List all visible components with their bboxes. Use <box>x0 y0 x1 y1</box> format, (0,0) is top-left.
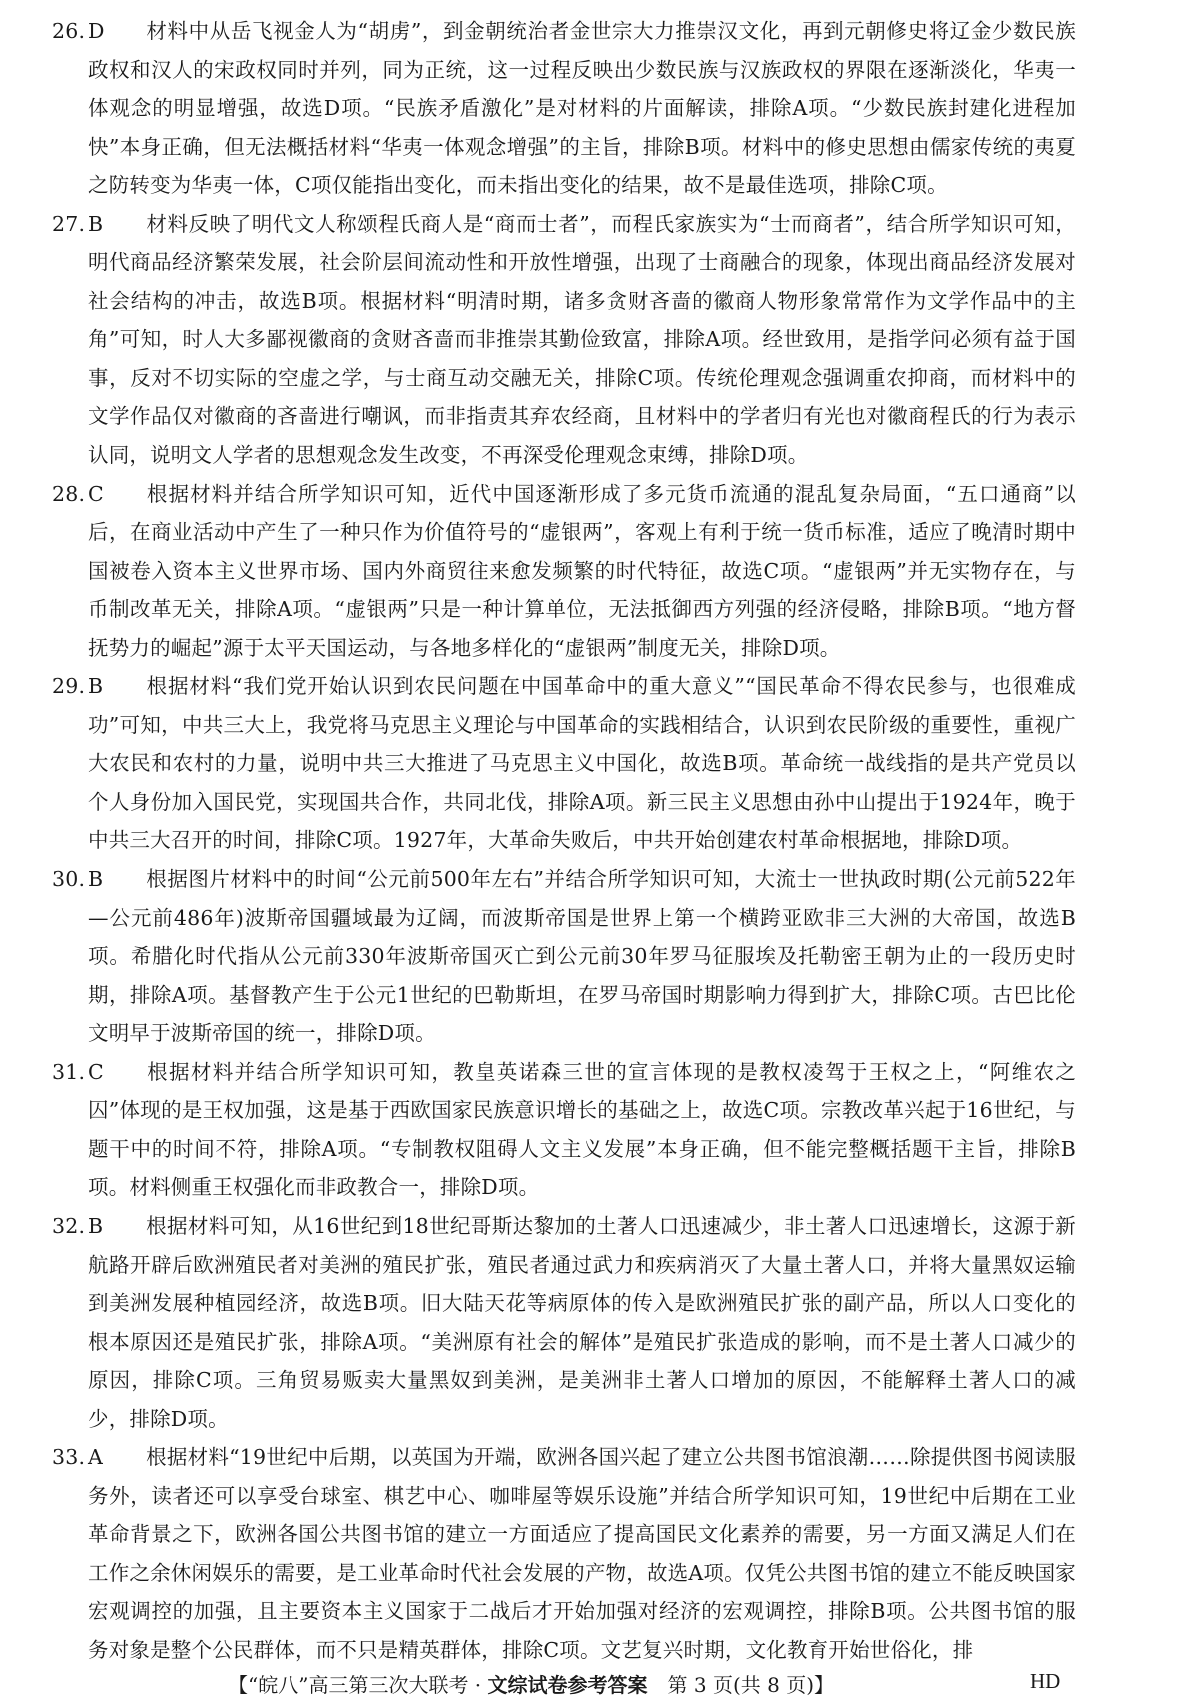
answer-explanation: 材料反映了明代文人称颂程氏商人是“商而士者”，而程氏家族实为“士而商者”，结合所… <box>88 212 1076 467</box>
answer-key-page: 26.D材料中从岳飞视金人为“胡虏”，到金朝统治者金世宗大力推崇汉文化，再到元朝… <box>52 12 1076 1670</box>
answer-number: 33.A <box>52 1438 103 1477</box>
footer-code: HD <box>1030 1669 1060 1694</box>
answer-27: 27.B材料反映了明代文人称颂程氏商人是“商而士者”，而程氏家族实为“士而商者”… <box>52 205 1076 475</box>
footer-title-bold: 文综试卷参考答案 <box>488 1673 648 1697</box>
answer-32: 32.B根据材料可知，从16世纪到18世纪哥斯达黎加的土著人口迅速减少，非土著人… <box>52 1207 1076 1438</box>
answer-number: 26.D <box>52 12 105 51</box>
answer-explanation: 根据材料并结合所学知识可知，近代中国逐渐形成了多元货币流通的混乱复杂局面，“五口… <box>88 482 1076 660</box>
answer-number: 28.C <box>52 475 104 514</box>
answer-explanation: 根据材料并结合所学知识可知，教皇英诺森三世的宣言体现的是教权凌驾于王权之上，“阿… <box>88 1060 1076 1200</box>
answer-number: 31.C <box>52 1053 104 1092</box>
answer-29: 29.B根据材料“我们党开始认识到农民问题在中国革命中的重大意义”“国民革命不得… <box>52 667 1076 860</box>
answer-explanation: 根据材料“我们党开始认识到农民问题在中国革命中的重大意义”“国民革命不得农民参与… <box>88 674 1076 852</box>
answer-explanation: 根据材料可知，从16世纪到18世纪哥斯达黎加的土著人口迅速减少，非土著人口迅速增… <box>88 1214 1076 1431</box>
footer-title: 【“皖八”高三第三次大联考 · 文综试卷参考答案 第 3 页(共 8 页)】 <box>228 1669 834 1698</box>
answer-33: 33.A根据材料“19世纪中后期，以英国为开端，欧洲各国兴起了建立公共图书馆浪潮… <box>52 1438 1076 1669</box>
answer-number: 27.B <box>52 205 103 244</box>
answer-explanation: 材料中从岳飞视金人为“胡虏”，到金朝统治者金世宗大力推崇汉文化，再到元朝修史将辽… <box>88 19 1076 197</box>
answer-31: 31.C根据材料并结合所学知识可知，教皇英诺森三世的宣言体现的是教权凌驾于王权之… <box>52 1053 1076 1207</box>
answer-26: 26.D材料中从岳飞视金人为“胡虏”，到金朝统治者金世宗大力推崇汉文化，再到元朝… <box>52 12 1076 205</box>
answer-explanation: 根据材料“19世纪中后期，以英国为开端，欧洲各国兴起了建立公共图书馆浪潮……除提… <box>88 1445 1076 1662</box>
answer-number: 30.B <box>52 860 103 899</box>
answer-number: 32.B <box>52 1207 103 1246</box>
page-footer: 【“皖八”高三第三次大联考 · 文综试卷参考答案 第 3 页(共 8 页)】 H… <box>0 1661 1200 1701</box>
answer-explanation: 根据图片材料中的时间“公元前500年左右”并结合所学知识可知，大流士一世执政时期… <box>88 867 1076 1045</box>
answer-28: 28.C根据材料并结合所学知识可知，近代中国逐渐形成了多元货币流通的混乱复杂局面… <box>52 475 1076 668</box>
answer-number: 29.B <box>52 667 103 706</box>
answer-30: 30.B根据图片材料中的时间“公元前500年左右”并结合所学知识可知，大流士一世… <box>52 860 1076 1053</box>
page-number: 第 3 页(共 8 页)】 <box>648 1673 834 1697</box>
